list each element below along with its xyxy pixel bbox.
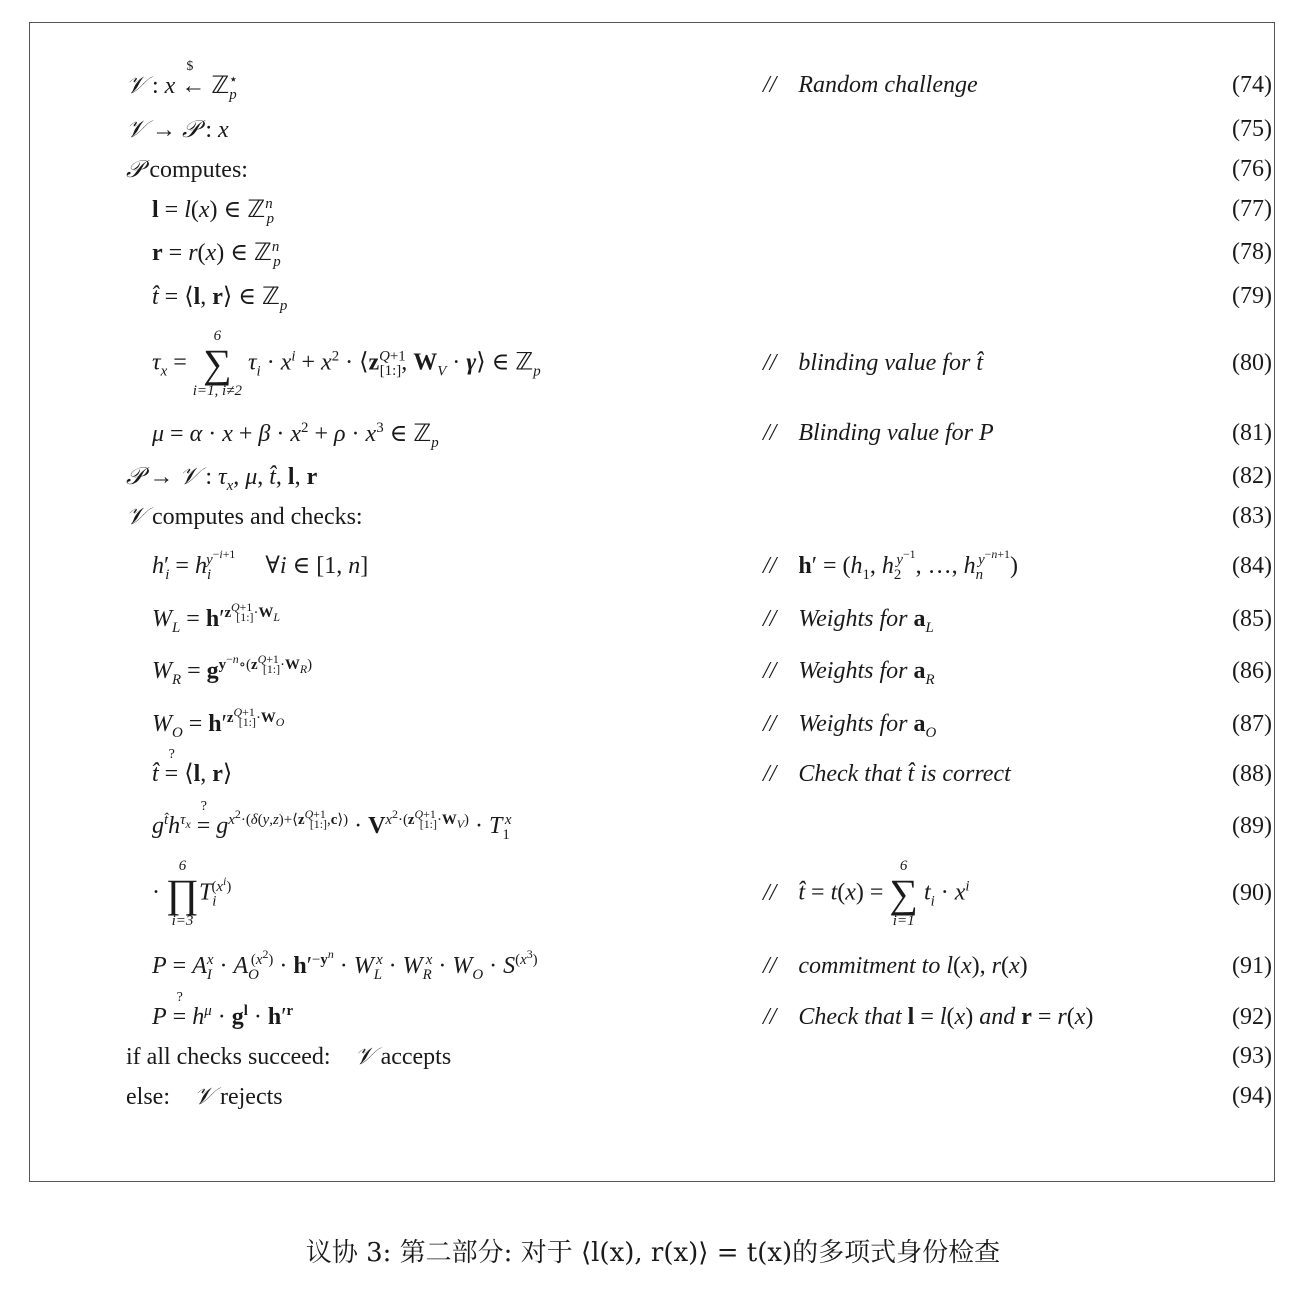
math-expression: t̂ =? ⟨l, r⟩ — [152, 762, 232, 786]
comment: //Random challenge — [763, 73, 978, 97]
protocol-line-80: τx = 6∑i=1, i≠2 τi · xi + x2 · ⟨zQ+1[1:]… — [30, 351, 1274, 391]
math-expression: 𝒱 : x ←$ ℤp⋆ — [126, 73, 238, 98]
equation-number: (88) — [1232, 762, 1272, 786]
protocol-line-93: if all checks succeed: 𝒱 accepts (93) — [30, 1044, 1274, 1084]
math-expression: WL = h′zQ+1[1:]·WL — [152, 607, 280, 631]
math-expression: 𝒱 → 𝒫 : x — [126, 117, 229, 142]
protocol-line-94: else: 𝒱 rejects (94) — [30, 1084, 1274, 1124]
protocol-line-81: μ = α · x + β · x2 + ρ · x3 ∈ ℤp //Blind… — [30, 421, 1274, 461]
equation-number: (81) — [1232, 421, 1272, 445]
protocol-line-82: 𝒫 → 𝒱 : τx, μ, t̂, l, r (82) — [30, 464, 1274, 504]
equation-number: (93) — [1232, 1044, 1272, 1068]
equation-number: (74) — [1232, 73, 1272, 97]
equation-number: (75) — [1232, 117, 1272, 141]
protocol-line-74: 𝒱 : x ←$ ℤp⋆ //Random challenge (74) — [30, 73, 1274, 113]
protocol-line-85: WL = h′zQ+1[1:]·WL //Weights for aL (85) — [30, 607, 1274, 647]
equation-number: (83) — [1232, 504, 1272, 528]
math-expression: μ = α · x + β · x2 + ρ · x3 ∈ ℤp — [152, 421, 439, 446]
figure-caption: 议协 3: 第二部分: 对于 ⟨l(x), r(x)⟩ = t(x)的多项式身份… — [0, 1232, 1306, 1269]
comment: //Check that t̂ is correct — [763, 762, 1011, 786]
protocol-line-87: WO = h′zQ+1[1:]·WO //Weights for aO (87) — [30, 712, 1274, 752]
equation-number: (84) — [1232, 554, 1272, 578]
comment: //blinding value for t̂ — [763, 351, 983, 375]
protocol-line-86: WR = gy−n∘(zQ+1[1:]·WR) //Weights for aR… — [30, 659, 1274, 699]
math-expression: t̂ = ⟨l, r⟩ ∈ ℤp — [152, 284, 287, 309]
comment: //Weights for aR — [763, 659, 935, 683]
protocol-line-92: P =? hμ · gl · h′r //Check that l = l(x)… — [30, 1005, 1274, 1045]
protocol-line-78: r = r(x) ∈ ℤnp (78) — [30, 240, 1274, 280]
math-expression: gt̂hτx =? gx2·(δ(y,z)+⟨zQ+1[1:],c⟩) · Vx… — [152, 814, 511, 838]
equation-number: (82) — [1232, 464, 1272, 488]
protocol-line-76: 𝒫 computes: (76) — [30, 157, 1274, 197]
math-expression: P =? hμ · gl · h′r — [152, 1005, 293, 1029]
protocol-line-79: t̂ = ⟨l, r⟩ ∈ ℤp (79) — [30, 284, 1274, 324]
math-expression: WO = h′zQ+1[1:]·WO — [152, 712, 284, 736]
protocol-line-83: 𝒱 computes and checks: (83) — [30, 504, 1274, 544]
protocol-line-91: P = AIx · AO(x2) · h′−yn · WLx · WRx · W… — [30, 954, 1274, 994]
equation-number: (87) — [1232, 712, 1272, 736]
math-expression: l = l(x) ∈ ℤnp — [152, 197, 274, 222]
equation-number: (80) — [1232, 351, 1272, 375]
math-expression: 𝒫 computes: — [126, 157, 248, 182]
equation-number: (89) — [1232, 814, 1272, 838]
equation-number: (94) — [1232, 1084, 1272, 1108]
math-expression: τx = 6∑i=1, i≠2 τi · xi + x2 · ⟨zQ+1[1:]… — [152, 329, 541, 399]
comment: //Weights for aL — [763, 607, 934, 631]
comment: //h′ = (h1, h2y−1, …, hny−n+1) — [763, 554, 1018, 578]
equation-number: (86) — [1232, 659, 1272, 683]
equation-number: (77) — [1232, 197, 1272, 221]
comment: //Blinding value for P — [763, 421, 994, 445]
math-expression: 𝒱 computes and checks: — [126, 504, 363, 529]
comment: //commitment to l(x), r(x) — [763, 954, 1028, 978]
comment: //Check that l = l(x) and r = r(x) — [763, 1005, 1093, 1029]
equation-number: (92) — [1232, 1005, 1272, 1029]
math-expression: r = r(x) ∈ ℤnp — [152, 240, 281, 265]
math-expression: WR = gy−n∘(zQ+1[1:]·WR) — [152, 659, 312, 683]
protocol-line-75: 𝒱 → 𝒫 : x (75) — [30, 117, 1274, 157]
protocol-line-84: h′i = hiy−i+1 ∀i ∈ [1, n] //h′ = (h1, h2… — [30, 554, 1274, 594]
equation-number: (90) — [1232, 881, 1272, 905]
equation-number: (76) — [1232, 157, 1272, 181]
equation-number: (78) — [1232, 240, 1272, 264]
protocol-line-88: t̂ =? ⟨l, r⟩ //Check that t̂ is correct … — [30, 762, 1274, 802]
protocol-line-77: l = l(x) ∈ ℤnp (77) — [30, 197, 1274, 237]
math-expression: h′i = hiy−i+1 ∀i ∈ [1, n] — [152, 554, 368, 578]
math-expression: P = AIx · AO(x2) · h′−yn · WLx · WRx · W… — [152, 954, 538, 978]
math-expression: if all checks succeed: 𝒱 accepts — [126, 1044, 451, 1069]
protocol-line-89: gt̂hτx =? gx2·(δ(y,z)+⟨zQ+1[1:],c⟩) · Vx… — [30, 814, 1274, 854]
comment: //Weights for aO — [763, 712, 936, 736]
protocol-box: 𝒱 : x ←$ ℤp⋆ //Random challenge (74) 𝒱 →… — [29, 22, 1275, 1182]
protocol-line-90: · 6∏i=3Ti(xi) //t̂ = t(x) = 6∑i=1 ti · x… — [30, 881, 1274, 921]
equation-number: (91) — [1232, 954, 1272, 978]
math-expression: 𝒫 → 𝒱 : τx, μ, t̂, l, r — [126, 464, 317, 489]
math-expression: else: 𝒱 rejects — [126, 1084, 283, 1109]
math-expression: · 6∏i=3Ti(xi) — [152, 859, 231, 929]
equation-number: (79) — [1232, 284, 1272, 308]
equation-number: (85) — [1232, 607, 1272, 631]
comment: //t̂ = t(x) = 6∑i=1 ti · xi — [763, 859, 970, 929]
